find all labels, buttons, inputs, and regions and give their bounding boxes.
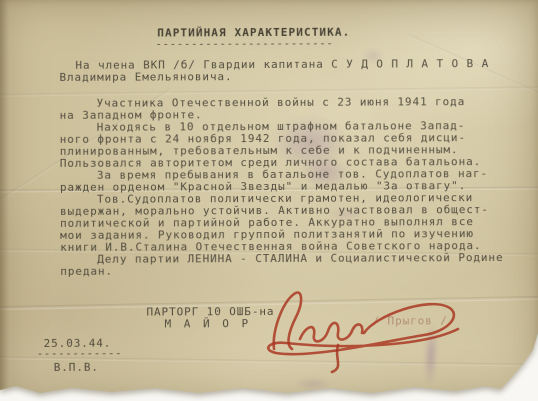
initials: В.П.В. <box>54 362 99 373</box>
body-text: На члена ВКП /б/ Гвардии капитана С У Д … <box>0 0 537 1</box>
document-photo: ПАРТИЙНАЯ ХАРАКТЕРИСТИКА. --------------… <box>0 0 538 400</box>
title-underline: ------------------------- <box>155 38 333 50</box>
typed-line: Участника Отечественной войны с 23 июня … <box>97 96 466 109</box>
typed-line: предан. <box>60 266 113 277</box>
paper-sheet: ПАРТИЙНАЯ ХАРАКТЕРИСТИКА. --------------… <box>0 0 538 400</box>
typed-line: Владимира Емельяновича. <box>59 71 232 83</box>
date-underline: ------------ <box>37 348 123 359</box>
typed-line: на Западном фронте. <box>60 109 203 121</box>
handwritten-signature <box>252 287 472 375</box>
typed-line: Делу партии ЛЕНИНА - СТАЛИНА и Социалист… <box>97 252 503 265</box>
rank-line: М А Й О Р <box>165 318 252 329</box>
typed-line: На члена ВКП /б/ Гвардии капитана С У Д … <box>75 58 489 71</box>
